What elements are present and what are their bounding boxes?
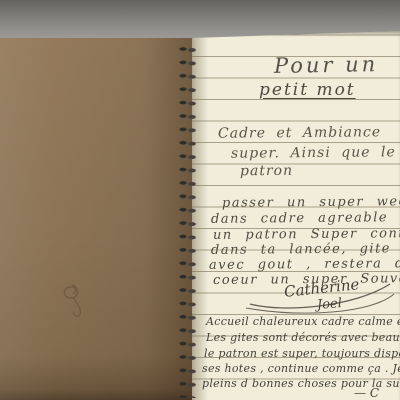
entry2-line: dans cadre agreable . <box>211 211 400 226</box>
partial-signature: — C <box>354 387 379 399</box>
left-cover-page <box>0 38 193 400</box>
entry1-line: patron <box>240 164 293 178</box>
pencil-doodle-icon <box>55 280 89 326</box>
guestbook-title-line1: Pour un <box>274 54 379 77</box>
signature-second-name: Joel <box>317 297 343 312</box>
entry2-line: un patron Super conti <box>213 227 400 242</box>
entry1-line: super. Ainsi que le <box>231 145 396 160</box>
entry2-line: dans ta lancée, gite dé <box>211 242 400 257</box>
entry2-line: avec gout , restera dan <box>209 257 400 272</box>
notebook-photo: Pour un petit mot Cadre et Ambiance supe… <box>0 0 400 400</box>
entry3-line: le patron est super, toujours dispon <box>204 348 400 359</box>
entry2-line: passer un super week <box>222 195 400 210</box>
entry3-line: ses hotes , continue comme ça . Je te s <box>202 363 400 374</box>
entry3-line: Les gites sont décorés avec beaucoup d <box>206 332 400 343</box>
spiral-binding-icon <box>177 44 200 398</box>
guestbook-title-line2: petit mot <box>259 82 356 99</box>
entry3-line: Accueil chaleureux cadre calme et Agréa <box>206 316 400 327</box>
entry1-line: Cadre et Ambiance <box>218 125 381 140</box>
